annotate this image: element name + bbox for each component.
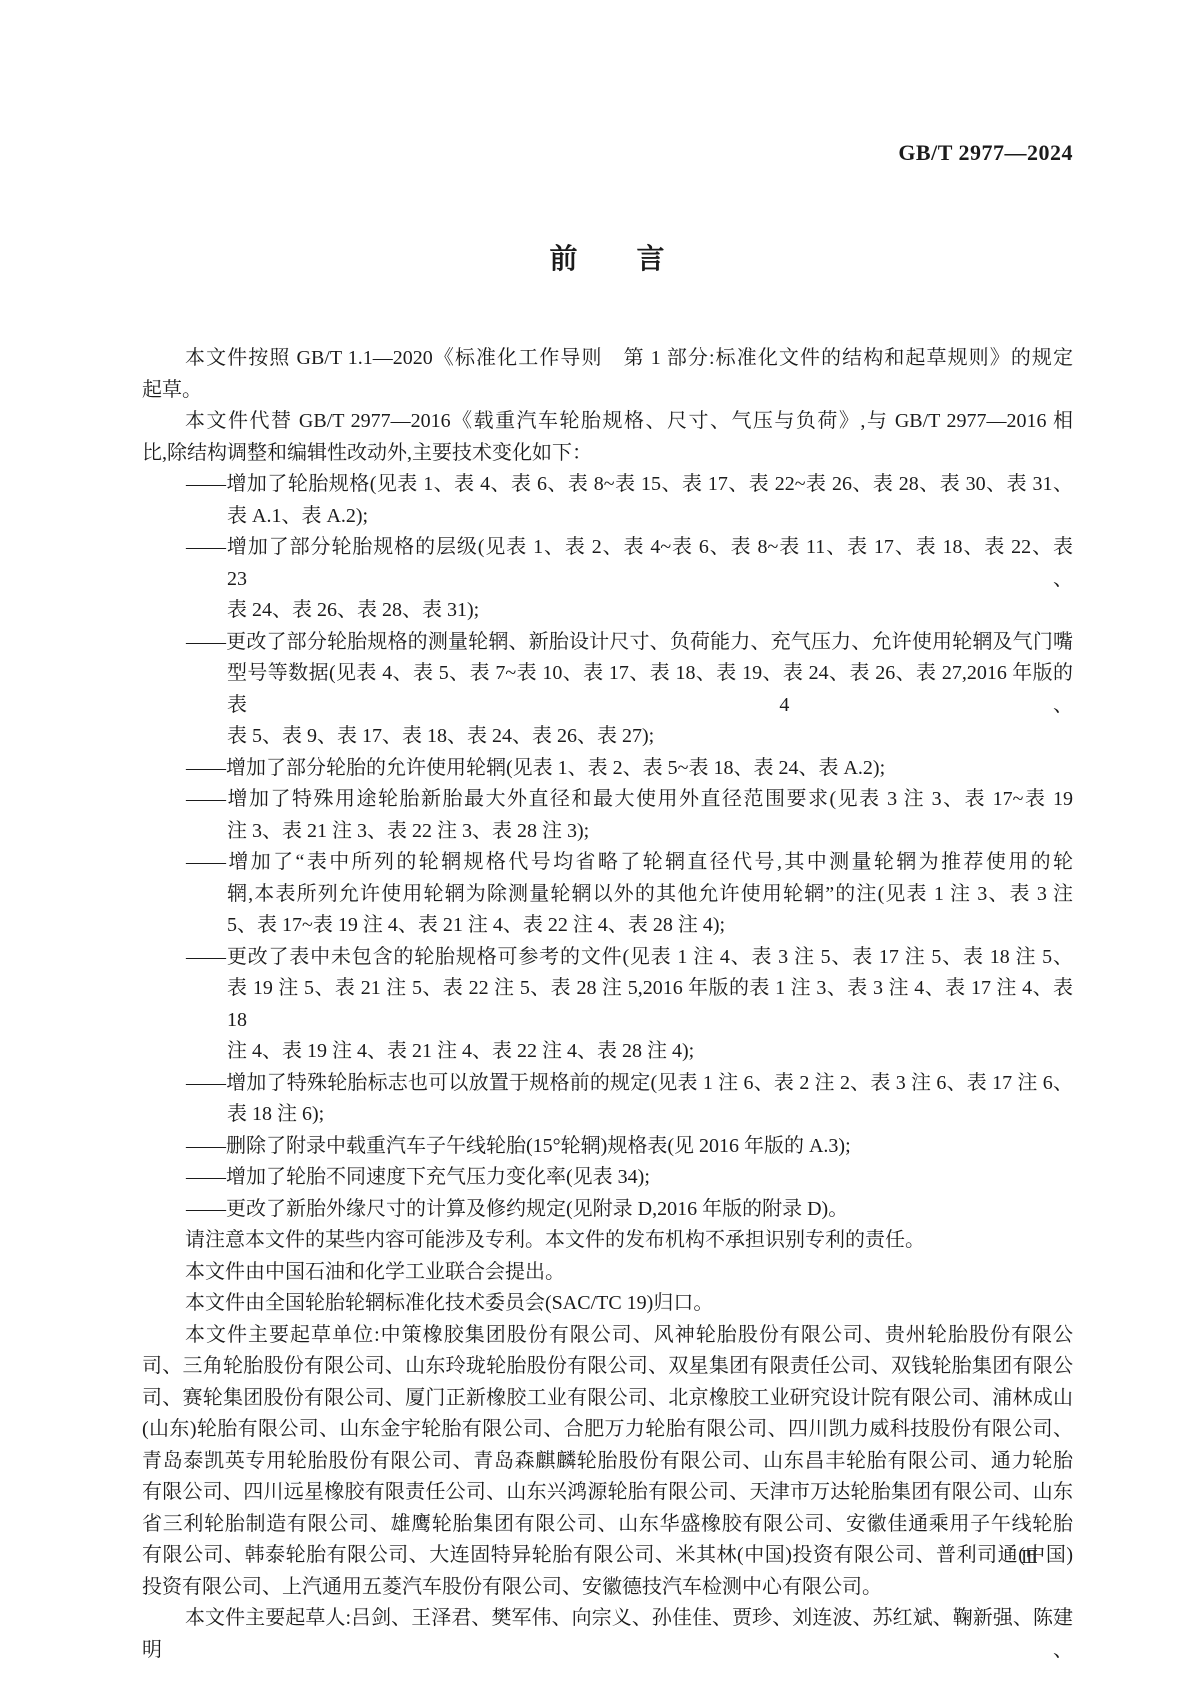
text-line: 司、赛轮集团股份有限公司、厦门正新橡胶工业有限公司、北京橡胶工业研究设计院有限公… <box>142 1383 1073 1415</box>
text-line: 表 A.1、表 A.2); <box>227 501 1073 533</box>
text-line: 表 24、表 26、表 28、表 31); <box>227 595 1073 627</box>
text-line: 请注意本文件的某些内容可能涉及专利。本文件的发布机构不承担识别专利的责任。 <box>142 1225 1073 1257</box>
body-text: 本文件按照 GB/T 1.1—2020《标准化工作导则 第 1 部分:标准化文件… <box>142 343 1073 1666</box>
change-list-item: ——更改了新胎外缘尺寸的计算及修约规定(见附录 D,2016 年版的附录 D)。 <box>142 1194 1073 1226</box>
paragraph: 请注意本文件的某些内容可能涉及专利。本文件的发布机构不承担识别专利的责任。 <box>142 1225 1073 1257</box>
paragraph: 本文件由中国石油和化学工业联合会提出。 <box>142 1257 1073 1289</box>
change-list-item: ——增加了特殊用途轮胎新胎最大外直径和最大使用外直径范围要求(见表 3 注 3、… <box>142 784 1073 847</box>
change-list-item: ——增加了轮胎不同速度下充气压力变化率(见表 34); <box>142 1162 1073 1194</box>
change-list-item: ——增加了特殊轮胎标志也可以放置于规格前的规定(见表 1 注 6、表 2 注 2… <box>142 1068 1073 1131</box>
text-line: 投资有限公司、上汽通用五菱汽车股份有限公司、安徽德技汽车检测中心有限公司。 <box>142 1572 1073 1604</box>
text-line: 本文件按照 GB/T 1.1—2020《标准化工作导则 第 1 部分:标准化文件… <box>142 343 1073 375</box>
text-line: ——增加了轮胎不同速度下充气压力变化率(见表 34); <box>227 1162 1073 1194</box>
text-line: ——增加了特殊用途轮胎新胎最大外直径和最大使用外直径范围要求(见表 3 注 3、… <box>227 784 1073 816</box>
text-line: 有限公司、四川远星橡胶有限责任公司、山东兴鸿源轮胎有限公司、天津市万达轮胎集团有… <box>142 1477 1073 1509</box>
change-list-item: ——更改了表中未包含的轮胎规格可参考的文件(见表 1 注 4、表 3 注 5、表… <box>142 942 1073 1068</box>
text-line: 起草。 <box>142 375 1073 407</box>
text-line: 本文件主要起草人:吕剑、王泽君、樊军伟、向宗义、孙佳佳、贾珍、刘连波、苏红斌、鞠… <box>142 1603 1073 1666</box>
text-line: 表 18 注 6); <box>227 1099 1073 1131</box>
text-line: ——增加了轮胎规格(见表 1、表 4、表 6、表 8~表 15、表 17、表 2… <box>227 469 1073 501</box>
text-line: 省三利轮胎制造有限公司、雄鹰轮胎集团有限公司、山东华盛橡胶有限公司、安徽佳通乘用… <box>142 1509 1073 1541</box>
page-title: 前 言 <box>142 242 1073 276</box>
text-line: 青岛泰凯英专用轮胎股份有限公司、青岛森麒麟轮胎股份有限公司、山东昌丰轮胎有限公司… <box>142 1446 1073 1478</box>
text-line: ——增加了部分轮胎规格的层级(见表 1、表 2、表 4~表 6、表 8~表 11… <box>227 532 1073 595</box>
change-list-item: ——增加了轮胎规格(见表 1、表 4、表 6、表 8~表 15、表 17、表 2… <box>142 469 1073 532</box>
text-line: 5、表 17~表 19 注 4、表 21 注 4、表 22 注 4、表 28 注… <box>227 910 1073 942</box>
text-line: 辋,本表所列允许使用轮辋为除测量轮辋以外的其他允许使用轮辋”的注(见表 1 注 … <box>227 879 1073 911</box>
text-line: 表 19 注 5、表 21 注 5、表 22 注 5、表 28 注 5,2016… <box>227 973 1073 1036</box>
change-list-item: ——删除了附录中载重汽车子午线轮胎(15°轮辋)规格表(见 2016 年版的 A… <box>142 1131 1073 1163</box>
paragraph: 本文件由全国轮胎轮辋标准化技术委员会(SAC/TC 19)归口。 <box>142 1288 1073 1320</box>
change-list-item: ——更改了部分轮胎规格的测量轮辋、新胎设计尺寸、负荷能力、充气压力、允许使用轮辋… <box>142 627 1073 753</box>
text-line: ——更改了表中未包含的轮胎规格可参考的文件(见表 1 注 4、表 3 注 5、表… <box>227 942 1073 974</box>
text-line: ——更改了部分轮胎规格的测量轮辋、新胎设计尺寸、负荷能力、充气压力、允许使用轮辋… <box>227 627 1073 659</box>
change-list-item: ——增加了部分轮胎的允许使用轮辋(见表 1、表 2、表 5~表 18、表 24、… <box>142 753 1073 785</box>
text-line: ——删除了附录中载重汽车子午线轮胎(15°轮辋)规格表(见 2016 年版的 A… <box>227 1131 1073 1163</box>
text-line: 本文件主要起草单位:中策橡胶集团股份有限公司、风神轮胎股份有限公司、贵州轮胎股份… <box>142 1320 1073 1352</box>
text-line: ——增加了部分轮胎的允许使用轮辋(见表 1、表 2、表 5~表 18、表 24、… <box>227 753 1073 785</box>
document-page: GB/T 2977—2024 前 言 本文件按照 GB/T 1.1—2020《标… <box>0 0 1191 1685</box>
text-line: 本文件由全国轮胎轮辋标准化技术委员会(SAC/TC 19)归口。 <box>142 1288 1073 1320</box>
change-list-item: ——增加了“表中所列的轮辋规格代号均省略了轮辋直径代号,其中测量轮辋为推荐使用的… <box>142 847 1073 942</box>
page-number: Ⅲ <box>142 1547 1038 1569</box>
paragraph: 本文件按照 GB/T 1.1—2020《标准化工作导则 第 1 部分:标准化文件… <box>142 343 1073 406</box>
text-line: 表 5、表 9、表 17、表 18、表 24、表 26、表 27); <box>227 721 1073 753</box>
text-line: 本文件代替 GB/T 2977—2016《载重汽车轮胎规格、尺寸、气压与负荷》,… <box>142 406 1073 438</box>
text-line: ——增加了特殊轮胎标志也可以放置于规格前的规定(见表 1 注 6、表 2 注 2… <box>227 1068 1073 1100</box>
text-line: 注 4、表 19 注 4、表 21 注 4、表 22 注 4、表 28 注 4)… <box>227 1036 1073 1068</box>
paragraph: 本文件代替 GB/T 2977—2016《载重汽车轮胎规格、尺寸、气压与负荷》,… <box>142 406 1073 469</box>
text-line: ——增加了“表中所列的轮辋规格代号均省略了轮辋直径代号,其中测量轮辋为推荐使用的… <box>227 847 1073 879</box>
text-line: (山东)轮胎有限公司、山东金宇轮胎有限公司、合肥万力轮胎有限公司、四川凯力威科技… <box>142 1414 1073 1446</box>
text-line: 司、三角轮胎股份有限公司、山东玲珑轮胎股份有限公司、双星集团有限责任公司、双钱轮… <box>142 1351 1073 1383</box>
text-line: 本文件由中国石油和化学工业联合会提出。 <box>142 1257 1073 1289</box>
paragraph: 本文件主要起草人:吕剑、王泽君、樊军伟、向宗义、孙佳佳、贾珍、刘连波、苏红斌、鞠… <box>142 1603 1073 1666</box>
text-line: 型号等数据(见表 4、表 5、表 7~表 10、表 17、表 18、表 19、表… <box>227 658 1073 721</box>
text-line: ——更改了新胎外缘尺寸的计算及修约规定(见附录 D,2016 年版的附录 D)。 <box>227 1194 1073 1226</box>
text-line: 比,除结构调整和编辑性改动外,主要技术变化如下： <box>142 438 1073 470</box>
text-line: 注 3、表 21 注 3、表 22 注 3、表 28 注 3); <box>227 816 1073 848</box>
standard-number: GB/T 2977—2024 <box>142 141 1073 165</box>
change-list-item: ——增加了部分轮胎规格的层级(见表 1、表 2、表 4~表 6、表 8~表 11… <box>142 532 1073 627</box>
